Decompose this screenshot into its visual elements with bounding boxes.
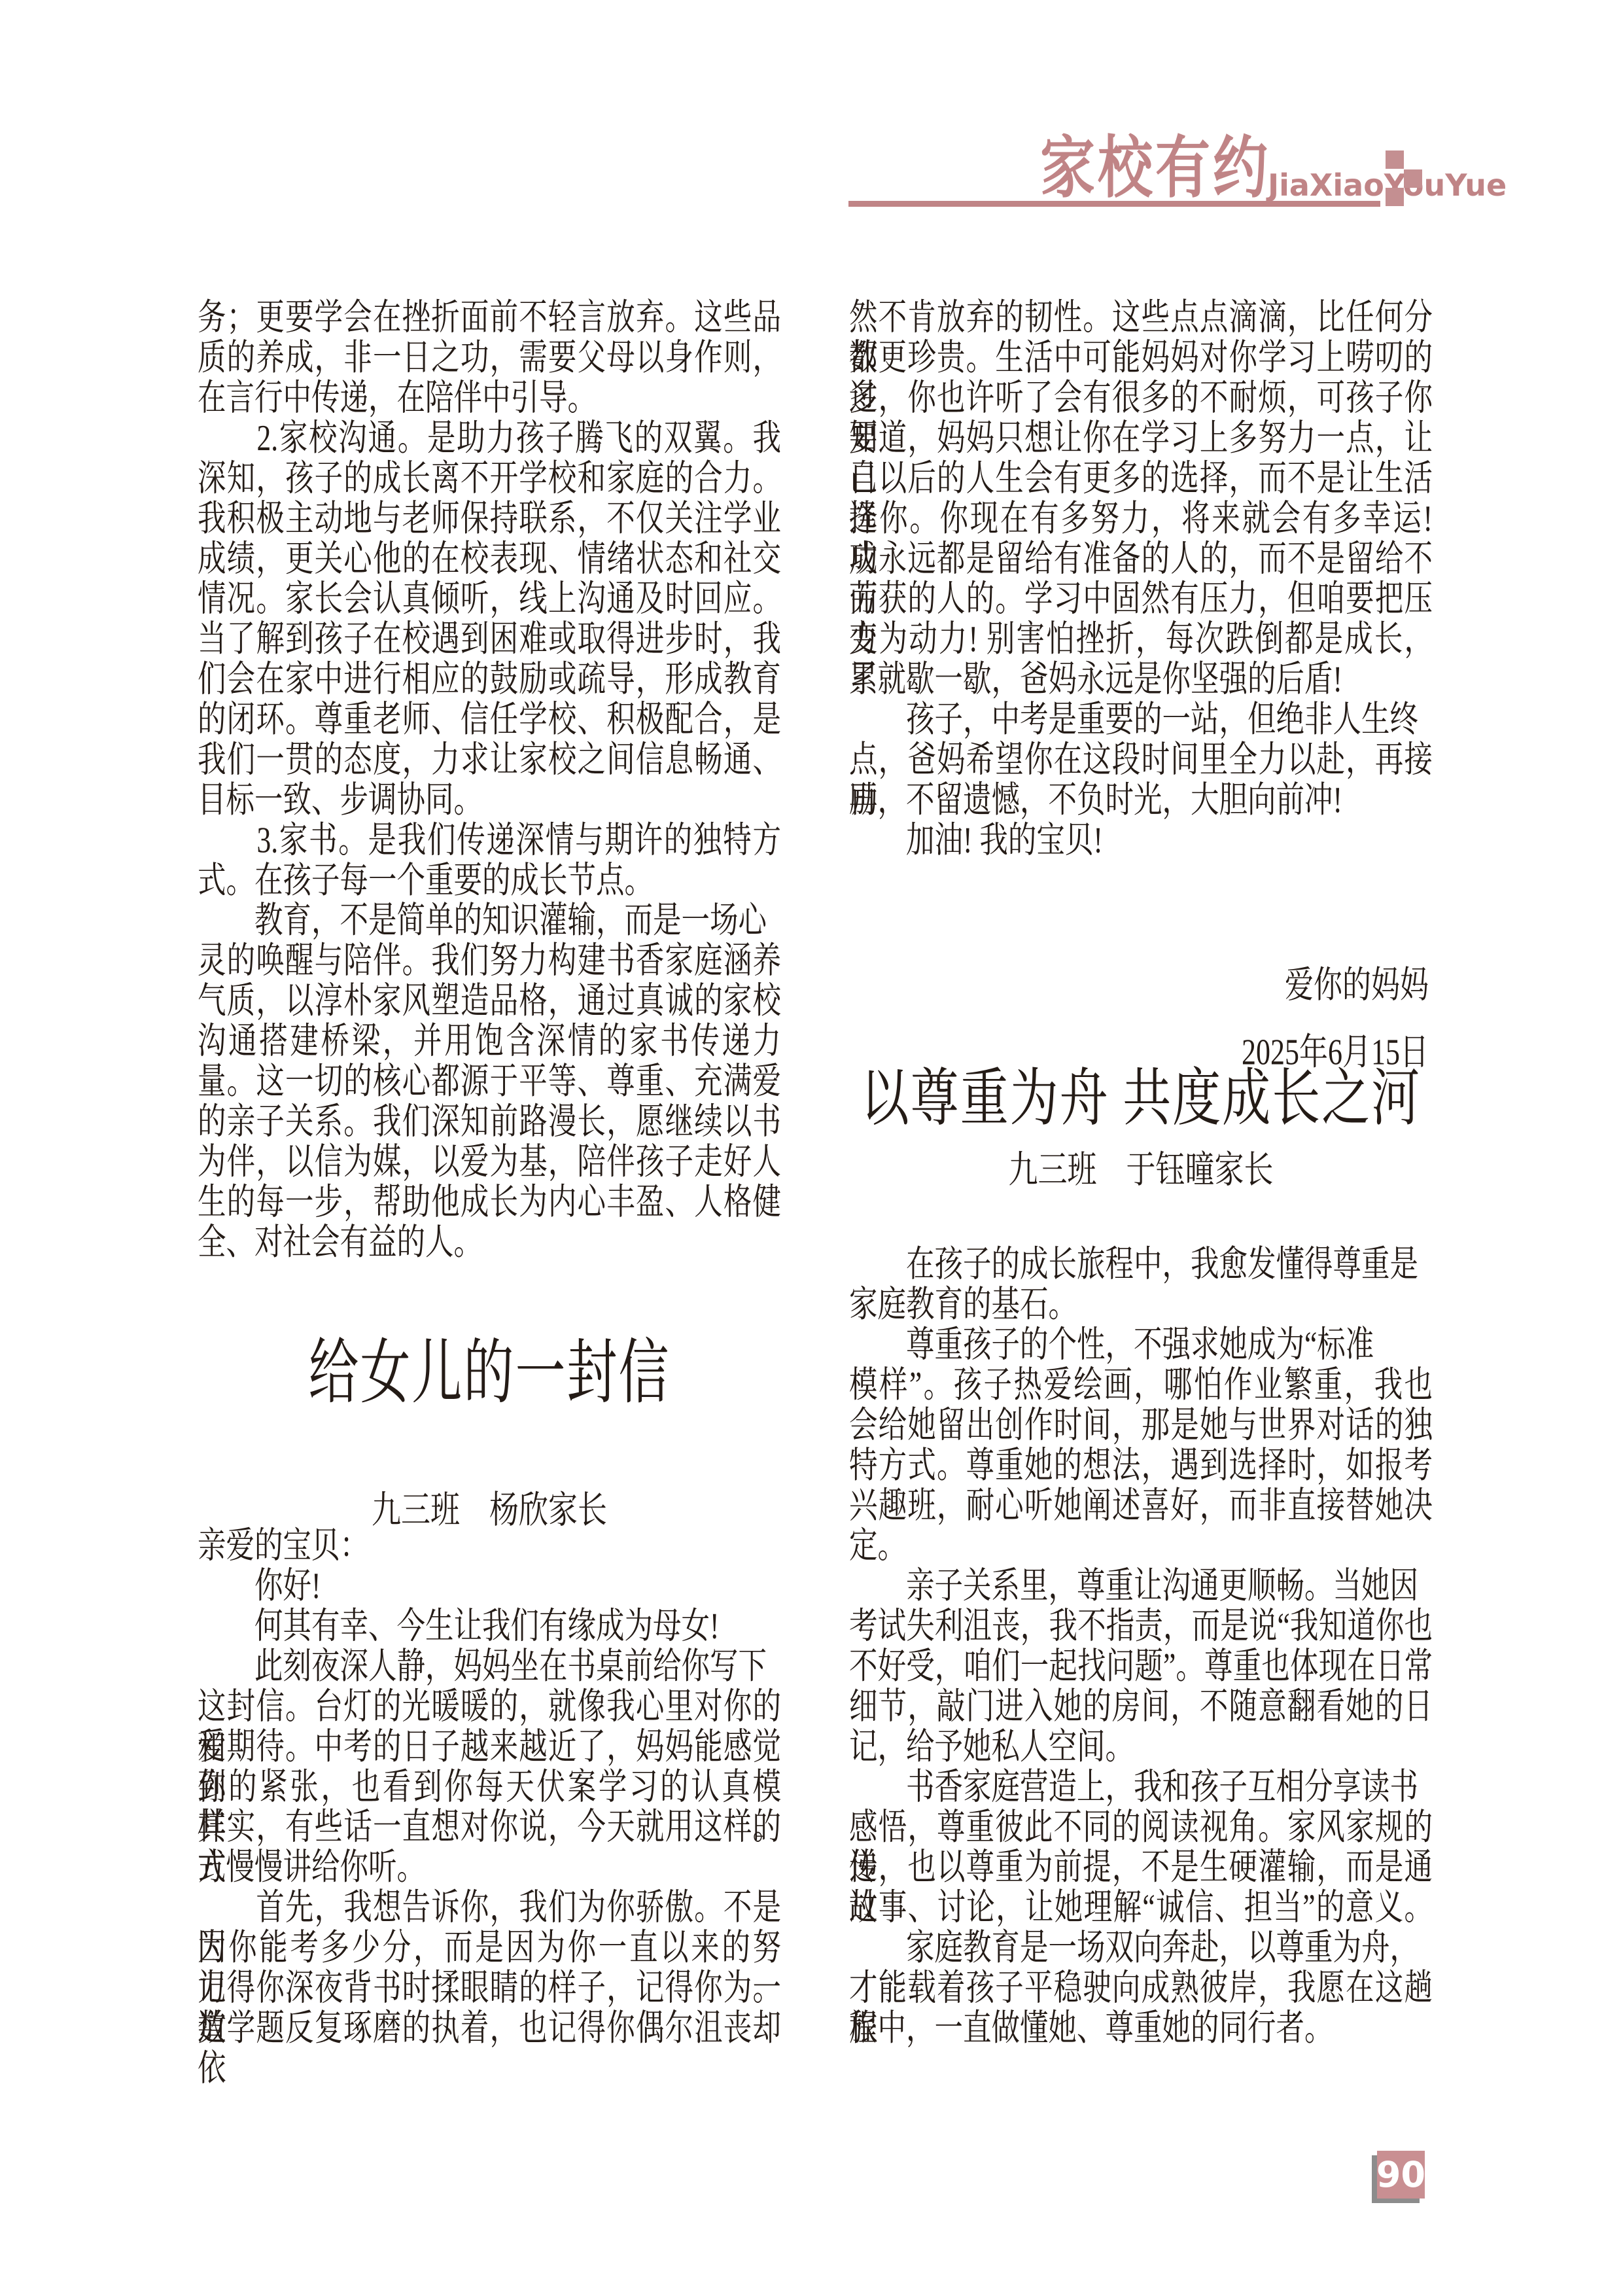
text-line: 细节，敲门进入她的房间，不随意翻看她的日 [849, 1687, 1433, 1727]
text-line: 何其有幸、今生让我们有缘成为母女! [198, 1606, 781, 1646]
text-line: 尊重孩子的个性，不强求她成为“标准 [849, 1325, 1433, 1365]
text-line: 程中，一直做懂她、尊重她的同行者。 [849, 2008, 1433, 2048]
text-line: 你的紧张，也看到你每天伏案学习的认真模样。 [198, 1767, 781, 1807]
text-line: 深知，孩子的成长离不开学校和家庭的合力。 [198, 459, 781, 499]
text-line: 量。这一切的核心都源于平等、尊重、充满爱 [198, 1061, 781, 1101]
text-line: 为伴，以信为媒，以爱为基，陪伴孩子走好人 [198, 1142, 781, 1182]
text-line: 己以后的人生会有更多的选择，而不是让生活选 [849, 459, 1433, 499]
text-line: 会给她留出创作时间，那是她与世界对话的独 [849, 1405, 1433, 1445]
text-line: 灵的唤醒与陪伴。我们努力构建书香家庭涵养 [198, 941, 781, 981]
text-line: 式。在孩子每一个重要的成长节点。 [198, 860, 781, 900]
text-line: 此刻夜深人静，妈妈坐在书桌前给你写下 [198, 1646, 781, 1686]
text-line: 生的每一步，帮助他成长为内心丰盈、人格健 [198, 1182, 781, 1222]
text-line: 考试失利沮丧，我不指责，而是说“我知道你也 [849, 1606, 1433, 1646]
text-line: 首先，我想告诉你，我们为你骄傲。不是因 [198, 1888, 781, 1928]
text-line: 记，给予她私人空间。 [849, 1727, 1433, 1767]
text-line: 在言行中传递，在陪伴中引导。 [198, 378, 781, 418]
text-line: 家庭教育的基石。 [849, 1284, 1433, 1324]
text-line: 家庭教育是一场双向奔赴，以尊重为舟， [849, 1928, 1433, 1968]
article-title-respect-as-boat: 以尊重为舟 共度成长之河 [849, 1065, 1433, 1133]
article-body-respect-as-boat: 在孩子的成长旅程中，我愈发懂得尊重是家庭教育的基石。 尊重孩子的个性，不强求她成… [849, 1245, 1433, 2049]
text-line: 3.家书。是我们传递深情与期许的独特方 [198, 821, 781, 860]
article-byline-respect-as-boat: 九三班 于钰曈家长 [849, 1149, 1433, 1191]
section-title: 家校有约 [1040, 134, 1270, 201]
text-line: 成绩，更关心他的在校表现、情绪状态和社交 [198, 539, 781, 579]
text-line: 书香家庭营造上，我和孩子互相分享读书 [849, 1767, 1433, 1807]
text-line: 兴趣班，耐心听她阐述喜好，而非直接替她决 [849, 1486, 1433, 1526]
text-line: 气质，以淳朴家风塑造品格，通过真诚的家校 [198, 981, 781, 1021]
text-line: 沟通搭建桥梁，并用饱含深情的家书传递力 [198, 1021, 781, 1061]
text-line: 式慢慢讲给你听。 [198, 1848, 781, 1888]
text-line: 特方式。尊重她的想法，遇到选择时，如报考 [849, 1445, 1433, 1485]
text-line: 这封信。台灯的光暖暖的，就像我心里对你的爱 [198, 1687, 781, 1727]
text-line: 了就歇一歇，爸妈永远是你坚强的后盾! [849, 660, 1433, 699]
text-line: 们会在家中进行相应的鼓励或疏导，形成教育 [198, 660, 781, 699]
text-line: 递，也以尊重为前提，不是生硬灌输，而是通过 [849, 1848, 1433, 1888]
left-column-body: 务；更要学会在挫折面前不轻言放弃。这些品质的养成，非一日之功，需要父母以身作则，… [198, 298, 781, 1263]
text-line: 情况。家长会认真倾听，线上沟通及时回应。 [198, 579, 781, 619]
text-line: 模样”。孩子热爱绘画，哪怕作业繁重，我也 [849, 1365, 1433, 1405]
text-line: 我积极主动地与老师保持联系，不仅关注学业 [198, 499, 781, 539]
text-line: 才能载着孩子平稳驶向成熟彼岸，我愿在这趟旅 [849, 1968, 1433, 2008]
letter-body: 亲爱的宝贝： 你好! 何其有幸、今生让我们有缘成为母女! 此刻夜深人静，妈妈坐在… [198, 1526, 781, 2049]
decor-square-icon [1386, 150, 1404, 169]
text-line: 的闭环。尊重老师、信任学校、积极配合，是 [198, 699, 781, 739]
text-line: 加油! 我的宝贝! [849, 821, 1433, 860]
text-line: 全、对社会有益的人。 [198, 1222, 781, 1262]
header-rule-line [848, 201, 1380, 207]
text-line: 亲子关系里，尊重让沟通更顺畅。当她因 [849, 1566, 1433, 1606]
text-line: 变为动力! 别害怕挫折，每次跌倒都是成长，累 [849, 620, 1433, 660]
article-byline-letter-to-daughter: 九三班 杨欣家长 [198, 1489, 781, 1531]
text-line: 定。 [849, 1526, 1433, 1566]
text-line: 不好受，咱们一起找问题”。尊重也体现在日常 [849, 1646, 1433, 1686]
text-line: 你好! [198, 1566, 781, 1606]
text-line: 孩子，中考是重要的一站，但绝非人生终 [849, 699, 1433, 739]
text-line: 故事、讨论，让她理解“诚信、担当”的意义。 [849, 1888, 1433, 1928]
text-line: 点，爸妈希望你在这段时间里全力以赴，再接再 [849, 740, 1433, 780]
text-line: 当了解到孩子在校遇到困难或取得进步时，我 [198, 620, 781, 660]
text-line: 为你能考多少分，而是因为你一直以来的努力。 [198, 1928, 781, 1968]
text-line: 择你。你现在有多努力，将来就会有多幸运! 成 [849, 499, 1433, 539]
text-line: 知道，妈妈只想让你在学习上多努力一点，让自 [849, 418, 1433, 458]
text-line: 和期待。中考的日子越来越近了，妈妈能感觉到 [198, 1727, 781, 1767]
text-line: 记得你深夜背书时揉眼睛的样子，记得你为一道 [198, 1968, 781, 2008]
article-title-letter-to-daughter: 给女儿的一封信 [198, 1336, 781, 1409]
page-number-badge: 90 [1377, 2151, 1425, 2199]
text-line: 务；更要学会在挫折面前不轻言放弃。这些品 [198, 298, 781, 338]
signature-name: 爱你的妈妈 [849, 952, 1429, 1019]
text-line: 质的养成，非一日之功，需要父母以身作则， [198, 338, 781, 378]
text-line: 在孩子的成长旅程中，我愈发懂得尊重是 [849, 1245, 1433, 1284]
decor-square-icon [1386, 188, 1404, 206]
text-line: 多，你也许听了会有很多的不耐烦，可孩子你要 [849, 378, 1433, 418]
right-column-body: 然不肯放弃的韧性。这些点点滴滴，比任何分数都更珍贵。生活中可能妈妈对你学习上唠叨… [849, 298, 1433, 860]
magazine-page: 家校有约 JiaXiaoYouYue 务；更要学会在挫折面前不轻言放弃。这些品质… [0, 0, 1623, 2296]
text-line: 亲爱的宝贝： [198, 1526, 781, 1566]
text-line: 都更珍贵。生活中可能妈妈对你学习上唠叨的过 [849, 338, 1433, 378]
text-line: 2.家校沟通。是助力孩子腾飞的双翼。我 [198, 418, 781, 458]
decor-square-icon [1404, 169, 1422, 188]
text-line: 感悟，尊重彼此不同的阅读视角。家风家规的传 [849, 1807, 1433, 1847]
text-line: 而获的人的。学习中固然有压力，但咱要把压力 [849, 579, 1433, 619]
text-line: 数学题反复琢磨的执着，也记得你偶尔沮丧却依 [198, 2008, 781, 2048]
text-line: 教育，不是简单的知识灌输，而是一场心 [198, 901, 781, 941]
text-line: 励，不留遗憾，不负时光，大胆向前冲! [849, 780, 1433, 820]
text-line: 功永远都是留给有准备的人的，而不是留给不劳 [849, 539, 1433, 579]
text-line: 目标一致、步调协同。 [198, 780, 781, 820]
text-line: 的亲子关系。我们深知前路漫长，愿继续以书 [198, 1102, 781, 1142]
text-line: 然不肯放弃的韧性。这些点点滴滴，比任何分数 [849, 298, 1433, 338]
text-line: 我们一贯的态度，力求让家校之间信息畅通、 [198, 740, 781, 780]
text-line: 其实，有些话一直想对你说，今天就用这样的方 [198, 1807, 781, 1847]
